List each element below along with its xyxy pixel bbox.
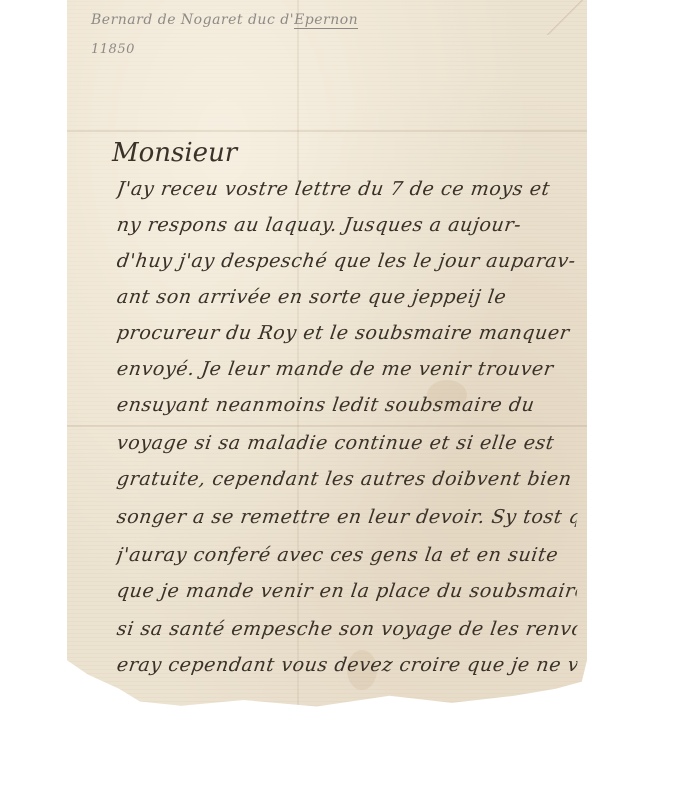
letter-line: ant son arrivée en sorte que jeppeij le: [115, 286, 578, 308]
letter-line: que je mande venir en la place du soubsm…: [115, 580, 578, 602]
letter-salutation: Monsieur: [112, 138, 237, 168]
letter-line: ny respons au laquay. Jusques a aujour-: [115, 214, 578, 236]
pencil-attribution: Bernard de Nogaret duc d'Epernon: [91, 12, 358, 28]
letter-line: eray cependant vous devez croire que je …: [115, 654, 578, 676]
letter-line: d'huy j'ay despesché que les le jour aup…: [115, 250, 578, 272]
letter-line: J'ay receu vostre lettre du 7 de ce moys…: [115, 178, 578, 200]
paper-fold-line: [297, 0, 299, 710]
letter-line: j'auray conferé avec ces gens la et en s…: [115, 544, 578, 566]
letter-line: ensuyant neanmoins ledit soubsmaire du: [115, 394, 578, 416]
pencil-reference-number: 11850: [91, 42, 135, 57]
paper-fold-line: [67, 130, 587, 132]
letter-sheet: Bernard de Nogaret duc d'Epernon 11850 M…: [67, 0, 587, 710]
letter-line: songer a se remettre en leur devoir. Sy …: [115, 506, 578, 528]
letter-line: procureur du Roy et le soubsmaire manque…: [115, 322, 578, 344]
letter-line: gratuite, cependant les autres doibvent …: [115, 468, 578, 490]
paper-corner-fold: [542, 0, 587, 35]
attribution-underlined-name: Epernon: [294, 12, 358, 29]
attribution-text: Bernard de Nogaret duc d': [91, 12, 294, 28]
letter-line: voyage si sa maladie continue et si elle…: [115, 432, 578, 454]
letter-line: si sa santé empesche son voyage de les r…: [115, 618, 578, 640]
letter-line: envoyé. Je leur mande de me venir trouve…: [115, 358, 578, 380]
paper-fold-line: [67, 425, 587, 427]
